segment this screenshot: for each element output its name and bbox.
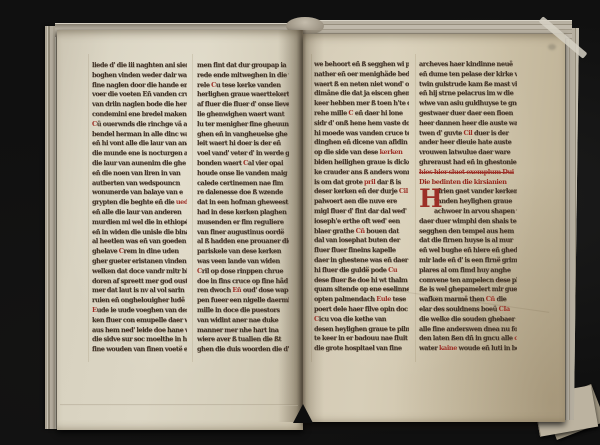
ink-text: eñ alle die laur van anderen xyxy=(92,208,181,216)
rubricated-text: uedre xyxy=(176,198,187,206)
manuscript-text-line: blaer grathe Cñ bouen dat xyxy=(314,227,409,237)
ink-text: fluer fluer fineins kapelle xyxy=(314,246,396,254)
manuscript-text-line: lie ghenwighen waert want xyxy=(197,110,289,120)
ink-text: woude eñ luti in be xyxy=(457,344,517,352)
manuscript-text-line: die laur van aunenim die ghe xyxy=(92,159,187,169)
column-guide-line xyxy=(192,54,193,362)
rubricated-text: ou xyxy=(514,334,517,342)
ink-text: al heetlen was eñ van goeden xyxy=(92,237,186,245)
ink-text: gestwaer duer daer een fioen xyxy=(419,109,513,117)
ink-text: wiwe van asiu guldhuyse te gne xyxy=(419,99,517,107)
ink-text: vrouwen latwulue daer ware xyxy=(419,148,510,156)
ink-text: welken dat doce vandr mitr bi xyxy=(92,267,187,275)
folio-smudge xyxy=(548,44,556,50)
ink-text: re dalenesse doe ß wzende xyxy=(197,188,283,196)
ink-text: ander heer dieuie hate auste xyxy=(419,138,511,146)
manuscript-text-line: palwoert aen die nuve ere xyxy=(314,197,409,207)
rubricated-text: Cu xyxy=(388,266,397,274)
ink-text: eñ in widen die unisle die bina xyxy=(92,228,187,236)
ink-text: ioseph'e erthe oft wed' een xyxy=(314,217,400,225)
manuscript-text-line: wonunerde van balaye van e xyxy=(92,188,187,198)
ink-text: dal van iosephat buten der xyxy=(314,236,400,244)
ink-text: daer duer wimphi den shais te xyxy=(419,217,516,225)
manuscript-text-line: Cicu voa die kethe van xyxy=(314,315,409,325)
ink-text: op die side van dese xyxy=(314,148,379,156)
manuscript-text-line: af fluer die fluer d' onse lieve xyxy=(197,100,289,110)
ink-text: had in dese kerken plaghen xyxy=(197,208,286,216)
rubricated-text: Eule xyxy=(376,295,391,303)
ink-text: al vier opai xyxy=(248,159,283,167)
manuscript-text-line: dat die firnen huyse is al mur xyxy=(419,236,517,246)
manuscript-text-line: van finer augustinus oordë xyxy=(197,228,289,238)
ink-text: duer is der xyxy=(472,129,508,137)
ink-text: eñ dume ten pelase der kirke vs xyxy=(419,70,517,78)
ink-text: desen heylighen graue te pilm xyxy=(314,325,409,333)
column-guide-line xyxy=(88,54,89,362)
manuscript-text-line: ghreraust had eñ in ghestonie xyxy=(419,158,517,168)
manuscript-text-line: plares al om fimd huy anghe xyxy=(419,266,517,276)
manuscript-text-line: heer dannen heer die auste wart xyxy=(419,119,517,129)
ink-text: alle fine anderswen dnea nu fou xyxy=(419,325,517,333)
manuscript-text-line: wafken marmë then Cñ die xyxy=(419,295,517,305)
rubricated-text: Cñ xyxy=(356,227,365,235)
ink-text: voer die voeten Eñ vanden cru xyxy=(92,90,187,98)
ink-text: ude ie uude voeghen van desë xyxy=(97,306,187,314)
parchment-crease-horizontal xyxy=(60,404,298,406)
manuscript-text-line: boghen vinden weder dair waert xyxy=(92,71,187,81)
manuscript-text-line: grypten die beghte eñ die uedre xyxy=(92,198,187,208)
ink-text: deser kerken eñ der durje xyxy=(314,187,399,195)
ink-text: eñ die noen van liren in van xyxy=(92,169,180,177)
manuscript-text-line: den laten ßen dñ in gncu alle ou xyxy=(419,334,517,344)
ink-text: aus hem ned' leide doe hane vä xyxy=(92,326,187,334)
manuscript-text-line: rele Cu tese kerke vanden xyxy=(197,81,289,91)
ink-text: eñ daer hi lone xyxy=(353,109,403,117)
ink-text: ke crauder ans ß anders wonr xyxy=(314,168,409,176)
ink-text: dese fluer ße doe hi wt thalm xyxy=(314,276,407,284)
text-column-right-1: we behoort eñ ß segghen wi pinather eñ o… xyxy=(314,60,409,356)
rubricated-text: kerken xyxy=(379,148,402,156)
manuscript-text-line: desen heylighen graue te pilm xyxy=(314,325,409,335)
ink-text: wonunerde van balaye van e xyxy=(92,188,183,196)
manuscript-text-line: eñ alle die laur van anderen xyxy=(92,208,187,218)
manuscript-text-line: bonden waert Cal vier opai xyxy=(197,159,289,169)
manuscript-text-line: pariskele van dese kerken xyxy=(197,247,289,257)
manuscript-text-line: pen fueer een nigelle daermi xyxy=(197,296,289,306)
rubricated-initial: H xyxy=(419,186,435,212)
manuscript-text-line: van widint aner nae duke xyxy=(197,316,289,326)
manuscript-text-line: ander heer dieuie hate auste xyxy=(419,138,517,148)
ink-text: plares al om fimd huy anghe xyxy=(419,266,511,274)
manuscript-text-line: manner mer nhe hart ina xyxy=(197,326,289,336)
manuscript-text-line: mer dat laut is nv al vol sarin xyxy=(92,286,187,296)
ink-text: bouen dat xyxy=(365,227,399,235)
ink-text: doe in fins cruce op fine hãd xyxy=(197,277,288,285)
manuscript-text-line: dese fluer ße doe hi wt thalm xyxy=(314,276,409,286)
ink-text: van widint aner nae duke xyxy=(197,316,278,324)
ink-text: rem in dine uden xyxy=(124,247,179,255)
manuscript-text-line: water kaine woude eñ luti in be xyxy=(419,344,517,354)
manuscript-text-line: calede certinemen nae fim xyxy=(197,179,289,189)
ink-text: tese xyxy=(391,295,406,303)
manuscript-text-line: is om dat grote pril dar ß is xyxy=(314,178,409,188)
manuscript-text-line: twin gulstrude kam ße mast vi xyxy=(419,80,517,90)
ink-text: water xyxy=(419,344,439,352)
ink-text: lu ter menigher fine gheuun xyxy=(197,120,289,128)
ink-text: rehe mille xyxy=(314,109,348,117)
manuscript-text-line: Cril op dose rinppen chrue xyxy=(197,267,289,277)
manuscript-text-line: fluer fluer fineins kapelle xyxy=(314,246,409,256)
manuscript-text-line: bendel herman in alle dinc want xyxy=(92,130,187,140)
ink-text: grypten die beghte eñ die xyxy=(92,198,176,206)
manuscript-text-line: comvene ten ampelecn dese plna xyxy=(419,276,517,286)
manuscript-text-line: die sidve sur soc moelthe in hë xyxy=(92,335,187,345)
ink-text: herlighen graue waerttekert xyxy=(197,90,289,98)
manuscript-text-line: deser kerken eñ der durje Cil xyxy=(314,187,409,197)
ink-text: die welke die souden ghebaer xyxy=(419,315,515,323)
ink-text: achwoer in arvou shapen wde xyxy=(434,207,517,215)
ink-text: dar ß is xyxy=(375,178,401,186)
ink-text: die sidve sur soc moelthe in hë xyxy=(92,335,187,343)
gutter-notch xyxy=(293,404,313,423)
rubricated-text: Eñ xyxy=(232,286,241,294)
manuscript-text-line: ioseph'e erthe oft wed' een xyxy=(314,217,409,227)
manuscript-text-line: die munde ene is nocturgen alle xyxy=(92,149,187,159)
manuscript-text-line: op die side van dese kerken xyxy=(314,148,409,158)
ink-text: dat in een hofman gheweest xyxy=(197,198,288,206)
book-fore-edge-right xyxy=(563,28,579,420)
ink-text: ghen eñ in vangheuelse ghe xyxy=(197,130,287,138)
manuscript-text-line: men fint dat dur groupap ia xyxy=(197,61,289,71)
manuscript-text-line: wiere aver ß tualien die ßt xyxy=(197,335,289,345)
ink-text: elar des souldnens boeü xyxy=(419,305,499,313)
ink-text: keer hebben mer ß toen h'te drus xyxy=(314,99,409,107)
ink-text: migl fluer d' fint dar dal wed' xyxy=(314,207,407,215)
manuscript-text-line: alle fine anderswen dnea nu fou xyxy=(419,325,517,335)
manuscript-text-line: autberten van wedspouncn xyxy=(92,179,187,189)
manuscript-text-line: keer hebben mer ß toen h'te drus xyxy=(314,99,409,109)
ink-text: poert dele haer filve opin doc xyxy=(314,305,408,313)
manuscript-text-line: mille in doce die puestors xyxy=(197,306,289,316)
ink-text: icu voa die kethe van xyxy=(319,315,386,323)
manuscript-text-line: gher gueter eristanen vinden xyxy=(92,257,187,267)
ink-text: dat die firnen huyse is al mur xyxy=(419,236,513,244)
text-column-left-1: liede d' die iii naghten ani sienboghen … xyxy=(92,61,187,357)
manuscript-text-line: was veen lande van widen xyxy=(197,257,289,267)
ink-text: waert ß en neten niet wond' oec xyxy=(314,80,409,88)
ink-text: autberten van wedspouncn xyxy=(92,179,180,187)
text-column-left-2: men fint dat dur groupap iarede ende mit… xyxy=(197,61,289,357)
manuscript-text-line: condemini ene bredel maken ur xyxy=(92,110,187,120)
ink-text: calede certinemen nae fim xyxy=(197,179,283,187)
rubricated-text: hies hier sluet exemplum Dui xyxy=(419,168,514,176)
manuscript-text-line: fine wouden van finen voetë eñ xyxy=(92,345,187,355)
ink-text: quam sitende op ene eselinne xyxy=(314,285,409,293)
ink-text: die laur van aunenim die ghe xyxy=(92,159,186,167)
manuscript-text-line: hi moede was vanden cruce te xyxy=(314,129,409,139)
manuscript-text-line: voel vand' veter d' in werde ghe xyxy=(197,149,289,159)
ink-text: bonden waert xyxy=(197,159,243,167)
manuscript-text-line: ken fluer con emupelle daer w xyxy=(92,316,187,326)
ink-text: gher gueter eristanen vinden xyxy=(92,257,186,265)
manuscript-text-line: ruien eñ onghelouigher ludë xyxy=(92,296,187,306)
column-guide-line xyxy=(415,54,416,362)
ink-text: was veen lande van widen xyxy=(197,257,280,265)
manuscript-text-line: al ß hadden ene prouaner die xyxy=(197,237,289,247)
manuscript-text-line: dimãne die dat ja eiscen ghenad xyxy=(314,89,409,99)
ink-text: rede ende mitweghen in die we xyxy=(197,71,289,79)
manuscript-text-line: we behoort eñ ß segghen wi pi xyxy=(314,60,409,70)
ink-text: ulrien gaet vander kerken xyxy=(434,187,517,195)
ink-text: ü ouerwnds die rinchge vä aß xyxy=(97,120,187,128)
ink-text: boghen vinden weder dair waert xyxy=(92,71,187,79)
manuscript-text-line: te keer in er badouu nae fluit xyxy=(314,334,409,344)
manuscript-text-line: opten palmendach Eule tese xyxy=(314,295,409,305)
ink-text: wiere aver ß tualien die ßt xyxy=(197,335,281,343)
ink-text: leit waert hi doer is der eñ xyxy=(197,139,281,147)
rubricated-text: Cil xyxy=(399,187,408,195)
ink-text: daer in ghestene was eñ daer xyxy=(314,256,408,264)
ink-text: ghelave xyxy=(92,247,119,255)
ink-text: pariskele van dese kerken xyxy=(197,247,281,255)
ink-text: biden heilighen graue is dicker xyxy=(314,158,409,166)
ink-text: nather eñ oer menighäde bedingt xyxy=(314,70,409,78)
ink-text: ken fluer con emupelle daer w xyxy=(92,316,187,324)
manuscript-text-line: eñ hij strne pelacrus im w die xyxy=(419,89,517,99)
ink-text: fine wouden van finen voetë eñ xyxy=(92,345,187,353)
manuscript-text-line: doe in fins cruce op fine hãd xyxy=(197,277,289,287)
ink-text: bendel herman in alle dinc want xyxy=(92,130,187,138)
ink-text: mir lade eñ d' is een firnë grime xyxy=(419,256,517,264)
ink-text: heer dannen heer die auste wart xyxy=(419,119,517,127)
manuscript-text-line: biden heilighen graue is dicker xyxy=(314,158,409,168)
manuscript-text-line: vrouwen latwulue daer ware xyxy=(419,148,517,158)
manuscript-text-line: leit waert hi doer is der eñ xyxy=(197,139,289,149)
ink-text: murdien mi wel die in ethiopé xyxy=(92,218,187,226)
manuscript-text-line: archeves haer kindinne neuë xyxy=(419,60,517,70)
manuscript-text-line: eñ in widen die unisle die bina xyxy=(92,228,187,238)
manuscript-text-line: segghen den tempel aus hem xyxy=(419,227,517,237)
ink-text: hi fluer die guldë pode xyxy=(314,266,388,274)
manuscript-text-line: Cü ouerwnds die rinchge vä aß xyxy=(92,120,187,130)
ink-text: is om dat grote xyxy=(314,178,364,186)
ink-text: comvene ten ampelecn dese plna xyxy=(419,276,517,284)
manuscript-text-line: rede ende mitweghen in die we xyxy=(197,71,289,81)
manuscript-text-line: had in dese kerken plaghen xyxy=(197,208,289,218)
ink-text: ghen die duis woorden die d' xyxy=(197,345,289,353)
ink-text: die munde ene is nocturgen alle xyxy=(92,149,187,157)
manuscript-text-line: herlighen graue waerttekert xyxy=(197,90,289,100)
manuscript-text-line: ren dwoch Eñ oud' dose wap xyxy=(197,286,289,296)
manuscript-text-line: ße is wel ghepamelert mir guede xyxy=(419,285,517,295)
ink-text: ghreraust had eñ in ghestonie xyxy=(419,158,516,166)
manuscript-text-line: eñ dume ten pelase der kirke vs xyxy=(419,70,517,80)
ink-text: oud' dose wap xyxy=(241,286,288,294)
ink-text: we behoort eñ ß segghen wi pi xyxy=(314,60,409,68)
manuscript-photo: liede d' die iii naghten ani sienboghen … xyxy=(0,0,600,445)
ink-text: af fluer die fluer d' onse lieve xyxy=(197,100,289,108)
manuscript-text-line: dat in een hofman gheweest xyxy=(197,198,289,208)
ink-text: blaer grathe xyxy=(314,227,356,235)
rubricated-text: pril xyxy=(364,178,375,186)
ink-text: palwoert aen die nuve ere xyxy=(314,197,397,205)
ink-text: eñ hi vont alle die laur van anä xyxy=(92,139,187,147)
ink-text: dinghen eñ dicene van afidin xyxy=(314,138,407,146)
manuscript-text-line: ghelave Crem in dine uden xyxy=(92,247,187,257)
manuscript-text-line: daer in ghestene was eñ daer xyxy=(314,256,409,266)
manuscript-text-line: ghen eñ in vangheuelse ghe xyxy=(197,130,289,140)
ink-text: eñ wel bughe eñ hiere eñ ghedot xyxy=(419,246,517,254)
manuscript-text-line: doren af spreett mer god ouster xyxy=(92,277,187,287)
manuscript-text-line: nather eñ oer menighäde bedingt xyxy=(314,70,409,80)
ink-text: u tese kerke vanden xyxy=(216,81,281,89)
ink-text: te keer in er badouu nae fluit xyxy=(314,334,408,342)
ink-text: men fint dat dur groupap ia xyxy=(197,61,286,69)
manuscript-text-line: eñ die noen van liren in van xyxy=(92,169,187,179)
manuscript-text-line: eñ wel bughe eñ hiere eñ ghedot xyxy=(419,246,517,256)
ink-text: die grote hospitael van fine xyxy=(314,344,402,352)
manuscript-text-line: dinghen eñ dicene van afidin xyxy=(314,138,409,148)
ink-text: sidr d' onß hene hem vaste dor xyxy=(314,119,409,127)
ink-text: van finer augustinus oordë xyxy=(197,228,284,236)
ink-text: mille in doce die puestors xyxy=(197,306,280,314)
ink-text: fine naglen door die hande ena xyxy=(92,81,187,89)
manuscript-text-line: quam sitende op ene eselinne xyxy=(314,285,409,295)
ink-text: doren af spreett mer god ouster xyxy=(92,277,187,285)
manuscript-text-line: re dalenesse doe ß wzende xyxy=(197,188,289,198)
rubricated-text: kaine xyxy=(439,344,457,352)
ink-text: ße is wel ghepamelert mir guede xyxy=(419,285,517,293)
manuscript-text-line: al heetlen was eñ van goeden xyxy=(92,237,187,247)
ink-text: al ß hadden ene prouaner die xyxy=(197,237,289,245)
manuscript-text-line: poert dele haer filve opin doc xyxy=(314,305,409,315)
manuscript-text-line: dal van iosephat buten der xyxy=(314,236,409,246)
manuscript-text-line: van driin naglen bode die herë xyxy=(92,100,187,110)
ink-text: segghen den tempel aus hem xyxy=(419,227,514,235)
manuscript-text-line: daer duer wimphi den shais te xyxy=(419,217,517,227)
ink-text: ren dwoch xyxy=(197,286,232,294)
manuscript-text-line: twen d' guvte Cil duer is der xyxy=(419,129,517,139)
manuscript-text-line: hies hier sluet exemplum Dui xyxy=(419,168,517,178)
manuscript-text-line: eñ hi vont alle die laur van anä xyxy=(92,139,187,149)
manuscript-text-line: welken dat doce vandr mitr bi xyxy=(92,267,187,277)
ink-text: ril op dose rinppen chrue xyxy=(202,267,283,275)
ink-text: den laten ßen dñ in gncu alle xyxy=(419,334,514,342)
manuscript-text-line: liede d' die iii naghten ani sien xyxy=(92,61,187,71)
ink-text: van driin naglen bode die herë xyxy=(92,100,187,108)
rubricated-text: Cñ xyxy=(486,295,495,303)
manuscript-text-line: elar des souldnens boeü CIa xyxy=(419,305,517,315)
manuscript-text-line: mir lade eñ d' is een firnë grime xyxy=(419,256,517,266)
manuscript-text-line: die grote hospitael van fine xyxy=(314,344,409,354)
ink-text: musenden er fim reguliere xyxy=(197,218,284,226)
manuscript-text-line: musenden er fim reguliere xyxy=(197,218,289,228)
manuscript-text-line: Eude ie uude voeghen van desë xyxy=(92,306,187,316)
ink-text: condemini ene bredel maken ur xyxy=(92,110,187,118)
ink-text: archeves haer kindinne neuë xyxy=(419,60,513,68)
manuscript-text-line: murdien mi wel die in ethiopé xyxy=(92,218,187,228)
ink-text: lie ghenwighen waert want xyxy=(197,110,284,118)
ink-text: rele xyxy=(197,81,211,89)
manuscript-text-line: fine naglen door die hande ena xyxy=(92,81,187,91)
manuscript-text-line: voer die voeten Eñ vanden cru xyxy=(92,90,187,100)
ink-text: pen fueer een nigelle daermi xyxy=(197,296,289,304)
manuscript-text-line: ke crauder ans ß anders wonr xyxy=(314,168,409,178)
ink-text: ruien eñ onghelouigher ludë xyxy=(92,296,185,304)
ink-text: manner mer nhe hart ina xyxy=(197,326,279,334)
ink-text: liede d' die iii naghten ani sien xyxy=(92,61,187,69)
ink-text: houde onse lie vanden maig xyxy=(197,169,287,177)
manuscript-text-line: houde onse lie vanden maig xyxy=(197,169,289,179)
manuscript-text-line: hi fluer die guldë pode Cu xyxy=(314,266,409,276)
manuscript-text-line: wiwe van asiu guldhuyse te gne xyxy=(419,99,517,109)
ink-text: mer dat laut is nv al vol sarin xyxy=(92,286,184,294)
ink-text: twen d' guvte xyxy=(419,129,463,137)
ink-text: die xyxy=(495,295,507,303)
manuscript-text-line: gestwaer duer daer een fioen xyxy=(419,109,517,119)
column-guide-line xyxy=(311,54,312,362)
ink-text: voel vand' veter d' in werde ghe xyxy=(197,149,289,157)
ink-text: eñ hij strne pelacrus im w die xyxy=(419,89,513,97)
rubricated-text: CIa xyxy=(499,305,510,313)
ink-text: twin gulstrude kam ße mast vi xyxy=(419,80,517,88)
manuscript-text-line: die welke die souden ghebaer xyxy=(419,315,517,325)
ink-text: hi moede was vanden cruce te xyxy=(314,129,409,137)
manuscript-text-line: aus hem ned' leide doe hane vä xyxy=(92,326,187,336)
manuscript-text-line: ghen die duis woorden die d' xyxy=(197,345,289,355)
manuscript-text-line: rehe mille C eñ daer hi lone xyxy=(314,109,409,119)
manuscript-text-line: lu ter menigher fine gheuun xyxy=(197,120,289,130)
ink-text: dimãne die dat ja eiscen ghenad xyxy=(314,89,409,97)
manuscript-text-line: waert ß en neten niet wond' oec xyxy=(314,80,409,90)
manuscript-text-line: sidr d' onß hene hem vaste dor xyxy=(314,119,409,129)
ink-text: vanden heylighen graue xyxy=(434,197,512,205)
ink-text: wafken marmë then xyxy=(419,295,486,303)
manuscript-text-line: migl fluer d' fint dar dal wed' xyxy=(314,207,409,217)
ink-text: opten palmendach xyxy=(314,295,376,303)
